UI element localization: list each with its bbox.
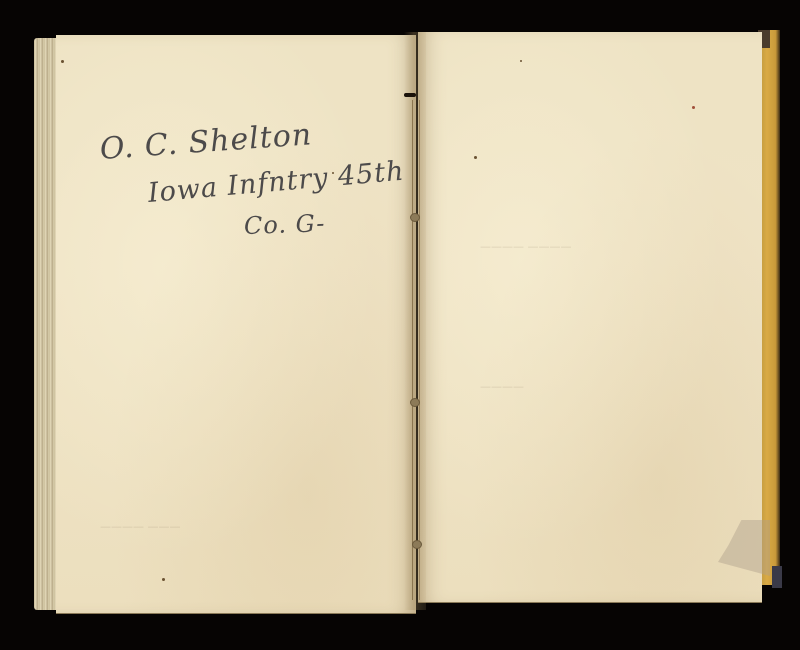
- foxing-spot: [520, 60, 522, 62]
- bleed-through-mark: ———— ————: [480, 240, 572, 253]
- right-page: [418, 32, 762, 603]
- thread-knot: [410, 213, 420, 222]
- foxing-spot: [474, 156, 477, 159]
- thread-knot: [410, 398, 420, 407]
- inscription-company: Co. G-: [244, 209, 326, 240]
- foxing-spot: [61, 60, 64, 63]
- bleed-through-mark: ———— ———: [100, 520, 181, 533]
- thread-knot: [412, 540, 422, 549]
- stitch-hole: [404, 93, 416, 97]
- foxing-spot: [162, 578, 165, 581]
- bleed-through-mark: ————: [480, 380, 524, 393]
- binding-thread: [412, 100, 420, 600]
- foxing-spot: [692, 106, 695, 109]
- cover-corner-bottom: [772, 566, 782, 588]
